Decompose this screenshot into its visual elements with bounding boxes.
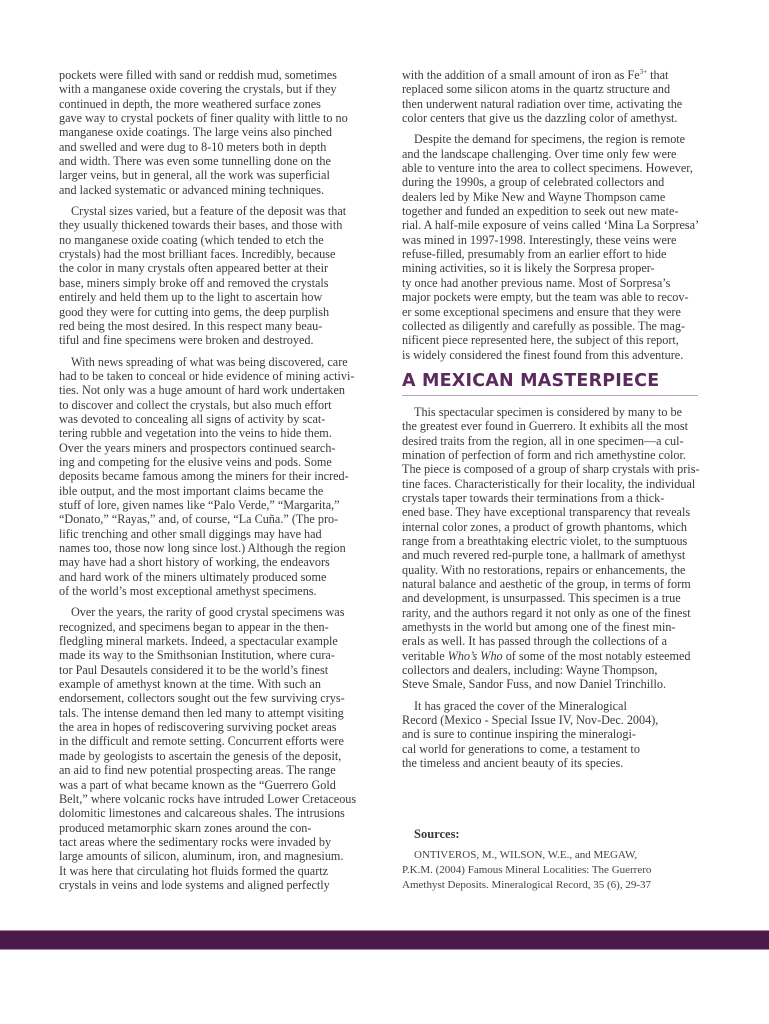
text-line: The piece is composed of a group of shar… xyxy=(402,462,714,476)
text-line: veritable Who’s Who of some of the most … xyxy=(402,649,714,663)
text-line: produced metamorphic skarn zones around … xyxy=(59,821,371,835)
text-line: Record (Mexico - Special Issue IV, Nov-D… xyxy=(402,713,714,727)
text-line: larger veins, but in general, all the wo… xyxy=(59,168,371,182)
text-fragment: that xyxy=(647,68,668,82)
text-line: and lacked systematic or advanced mining… xyxy=(59,183,371,197)
text-line: tine faces. Characteristically for their… xyxy=(402,477,714,491)
text-line: gave way to crystal pockets of finer qua… xyxy=(59,111,371,125)
text-line: recognized, and specimens began to appea… xyxy=(59,620,371,634)
text-line: may have had a short history of working,… xyxy=(59,555,371,569)
text-line: ing and competing for the elusive veins … xyxy=(59,455,371,469)
text-line: had to be taken to conceal or hide evide… xyxy=(59,369,371,383)
text-line: pockets were filled with sand or reddish… xyxy=(59,68,371,82)
text-line: deposits became famous among the miners … xyxy=(59,469,371,483)
text-line: fledgling mineral markets. Indeed, a spe… xyxy=(59,634,371,648)
text-line: This spectacular specimen is considered … xyxy=(402,405,714,419)
text-line: Over the years, the rarity of good cryst… xyxy=(59,605,371,619)
paragraph-cover: It has graced the cover of the Mineralog… xyxy=(402,699,714,771)
text-line: and development, is unsurpassed. This sp… xyxy=(402,591,714,605)
text-line: cal world for generations to come, a tes… xyxy=(402,742,714,756)
text-line: With news spreading of what was being di… xyxy=(59,355,371,369)
text-line: manganese oxide coatings. The large vein… xyxy=(59,125,371,139)
text-line: tact areas where the sedimentary rocks w… xyxy=(59,835,371,849)
text-line: “Donato,” “Rayas,” and, of course, “La C… xyxy=(59,512,371,526)
section-heading: A MEXICAN MASTERPIECE xyxy=(402,370,698,396)
text-line: mining activities, so it is likely the S… xyxy=(402,261,714,275)
text-line: desired traits from the region, all in o… xyxy=(402,434,714,448)
text-line: is widely considered the finest found fr… xyxy=(402,348,714,362)
text-line: was devoted to concealing all signs of a… xyxy=(59,412,371,426)
text-line: was mined in 1997-1998. Interestingly, t… xyxy=(402,233,714,247)
right-column: with the addition of a small amount of i… xyxy=(402,68,714,893)
text-line: tiful and fine specimens were broken and… xyxy=(59,333,371,347)
text-line: with a manganese oxide covering the crys… xyxy=(59,82,371,96)
text-line: together and funded an expedition to see… xyxy=(402,204,714,218)
text-line: they usually thickened towards their bas… xyxy=(59,218,371,232)
paragraph-news-spreading: With news spreading of what was being di… xyxy=(59,355,371,599)
text-line: base, miners simply broke off and remove… xyxy=(59,276,371,290)
text-line: major pockets were empty, but the team w… xyxy=(402,290,714,304)
text-line: refuse-filled, presumably from an earlie… xyxy=(402,247,714,261)
sources-section: Sources: ONTIVEROS, M., WILSON, W.E., an… xyxy=(402,827,714,892)
text-line: made by geologists to ascertain the gene… xyxy=(59,749,371,763)
paragraph-crystal-sizes: Crystal sizes varied, but a feature of t… xyxy=(59,204,371,347)
text-line: with the addition of a small amount of i… xyxy=(402,68,714,82)
text-line: the timeless and ancient beauty of its s… xyxy=(402,756,714,770)
text-line: in the difficult and remote setting. Con… xyxy=(59,734,371,748)
sources-title: Sources: xyxy=(414,827,714,841)
text-line: good they were for cutting into gems, th… xyxy=(59,305,371,319)
text-line: and much revered red-purple tone, a hall… xyxy=(402,548,714,562)
paragraph-masterpiece: This spectacular specimen is considered … xyxy=(402,405,714,692)
text-line: tor Paul Desautels considered it to be t… xyxy=(59,663,371,677)
text-fragment: of some of the most notably esteemed xyxy=(503,649,691,663)
text-line: endorsement, collectors sought out the f… xyxy=(59,691,371,705)
text-line: Despite the demand for specimens, the re… xyxy=(402,132,714,146)
heading-spacer xyxy=(402,396,714,405)
sources-citation: ONTIVEROS, M., WILSON, W.E., and MEGAW, … xyxy=(402,848,714,893)
text-line: no manganese oxide coating (which tended… xyxy=(59,233,371,247)
text-line: erals as well. It has passed through the… xyxy=(402,634,714,648)
text-line: ened base. They have exceptional transpa… xyxy=(402,505,714,519)
text-line: was a part of what became known as the “… xyxy=(59,778,371,792)
paragraph-iron-intro: with the addition of a small amount of i… xyxy=(402,68,714,125)
text-line: rial. A half-mile exposure of veins call… xyxy=(402,218,714,232)
text-line: rarity, and the authors regard it not on… xyxy=(402,606,714,620)
superscript-charge: 3+ xyxy=(640,68,647,76)
text-line: and swelled and were dug to 8-10 meters … xyxy=(59,140,371,154)
text-fragment: veritable xyxy=(402,649,448,663)
citation-line: Amethyst Deposits. Mineralogical Record,… xyxy=(402,878,714,893)
paragraph-rarity: Over the years, the rarity of good cryst… xyxy=(59,605,371,892)
citation-line: P.K.M. (2004) Famous Mineral Localities:… xyxy=(402,863,714,878)
text-line: stuff of lore, given names like “Palo Ve… xyxy=(59,498,371,512)
text-line: the area in hopes of rediscovering survi… xyxy=(59,720,371,734)
text-line: tering rubble and vegetation into the ve… xyxy=(59,426,371,440)
text-line: and width. There was even some tunnellin… xyxy=(59,154,371,168)
text-line: crystals taper towards their termination… xyxy=(402,491,714,505)
text-line: and the landscape challenging. Over time… xyxy=(402,147,714,161)
text-line: amethysts in the world but among one of … xyxy=(402,620,714,634)
text-line: internal color zones, a product of growt… xyxy=(402,520,714,534)
text-line: the greatest ever found in Guerrero. It … xyxy=(402,419,714,433)
text-line: dealers led by Mike New and Wayne Thomps… xyxy=(402,190,714,204)
text-line: range from a breathtaking electric viole… xyxy=(402,534,714,548)
text-line: and is sure to continue inspiring the mi… xyxy=(402,727,714,741)
text-line: continued in depth, the more weathered s… xyxy=(59,97,371,111)
italic-whos-who: Who’s Who xyxy=(448,649,503,663)
text-line: ties. Not only was a huge amount of hard… xyxy=(59,383,371,397)
text-line: made its way to the Smithsonian Institut… xyxy=(59,648,371,662)
text-line: tals. The intense demand then led many t… xyxy=(59,706,371,720)
text-line: mination of perfection of form and rich … xyxy=(402,448,714,462)
text-line: crystals in veins and lode systems and a… xyxy=(59,878,371,892)
paragraph-despite-demand: Despite the demand for specimens, the re… xyxy=(402,132,714,362)
text-line: ible output, and the most important clai… xyxy=(59,484,371,498)
text-line: entirely and held them up to the light t… xyxy=(59,290,371,304)
text-line: quality. With no restorations, repairs o… xyxy=(402,563,714,577)
text-line: replaced some silicon atoms in the quart… xyxy=(402,82,714,96)
paragraph-pockets: pockets were filled with sand or reddish… xyxy=(59,68,371,197)
text-line: an aid to find new potential prospecting… xyxy=(59,763,371,777)
text-line: crystals) had the most brilliant faces. … xyxy=(59,247,371,261)
text-line: the color in many crystals often appeare… xyxy=(59,261,371,275)
text-line: of the world’s most exceptional amethyst… xyxy=(59,584,371,598)
text-line: Belt,” where volcanic rocks have intrude… xyxy=(59,792,371,806)
text-line: natural balance and aesthetic of the gro… xyxy=(402,577,714,591)
text-line: large amounts of silicon, aluminum, iron… xyxy=(59,849,371,863)
text-line: and hard work of the miners ultimately p… xyxy=(59,570,371,584)
citation-line: ONTIVEROS, M., WILSON, W.E., and MEGAW, xyxy=(402,848,714,863)
text-line: Crystal sizes varied, but a feature of t… xyxy=(59,204,371,218)
text-line: names too, those now long since lost.) A… xyxy=(59,541,371,555)
text-line: nificent piece represented here, the sub… xyxy=(402,333,714,347)
text-line: Over the years miners and prospectors co… xyxy=(59,441,371,455)
text-line: then underwent natural radiation over ti… xyxy=(402,97,714,111)
text-line: example of amethyst known at the time. W… xyxy=(59,677,371,691)
text-line: collected as diligently and carefully as… xyxy=(402,319,714,333)
text-line: Steve Smale, Sandor Fuss, and now Daniel… xyxy=(402,677,714,691)
text-line: It was here that circulating hot fluids … xyxy=(59,864,371,878)
text-line: lific trenching and other small diggings… xyxy=(59,527,371,541)
text-line: ty once had another previous name. Most … xyxy=(402,276,714,290)
left-column: pockets were filled with sand or reddish… xyxy=(59,68,371,899)
text-line: color centers that give us the dazzling … xyxy=(402,111,714,125)
text-line: to discover and collect the crystals, bu… xyxy=(59,398,371,412)
document-page: pockets were filled with sand or reddish… xyxy=(0,0,769,1024)
spacer xyxy=(402,777,714,827)
text-line: collectors and dealers, including: Wayne… xyxy=(402,663,714,677)
text-line: able to venture into the area to collect… xyxy=(402,161,714,175)
text-line: during the 1990s, a group of celebrated … xyxy=(402,175,714,189)
text-line: It has graced the cover of the Mineralog… xyxy=(402,699,714,713)
text-fragment: with the addition of a small amount of i… xyxy=(402,68,640,82)
footer-bar xyxy=(0,930,769,950)
text-line: red being the most desired. In this resp… xyxy=(59,319,371,333)
text-line: dolomitic limestones and calcareous shal… xyxy=(59,806,371,820)
text-line: er some exceptional specimens and ensure… xyxy=(402,305,714,319)
